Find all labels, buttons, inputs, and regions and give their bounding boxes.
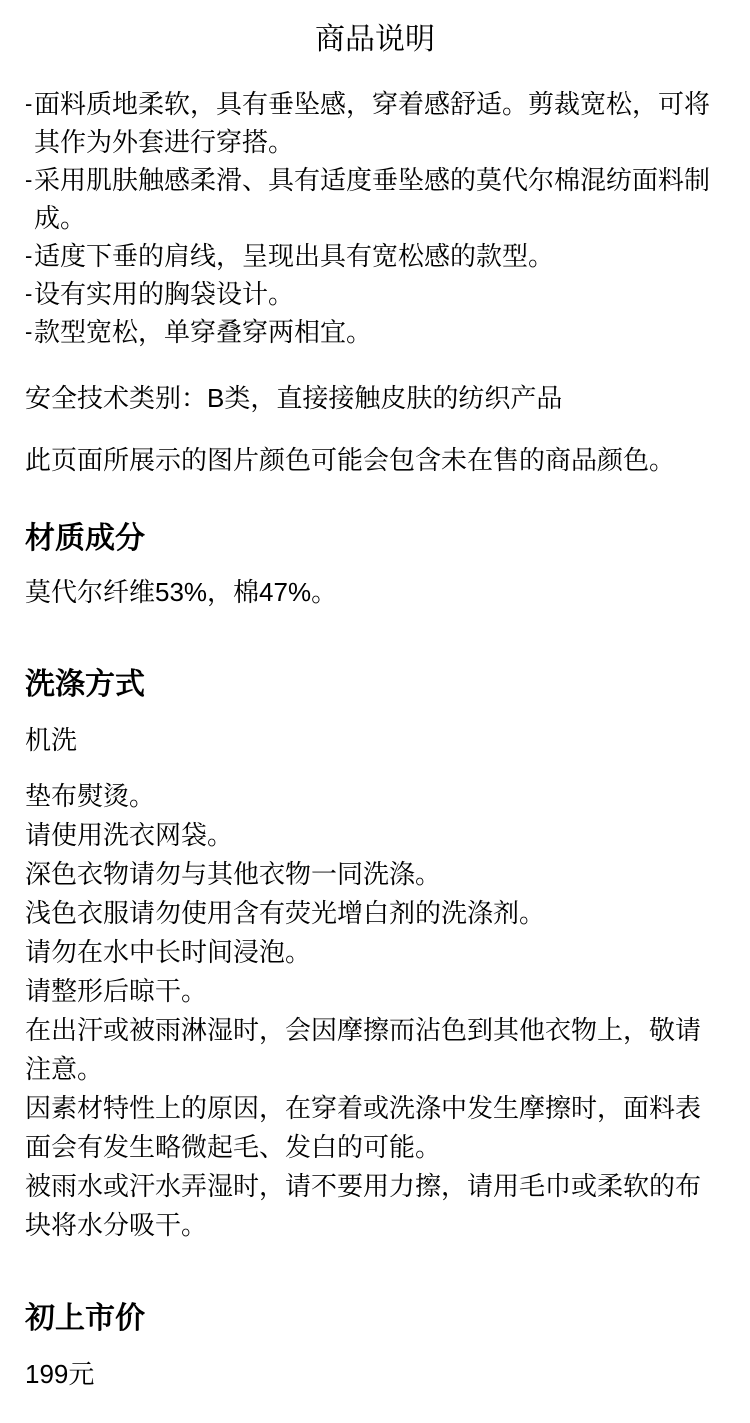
feature-item: - 设有实用的胸袋设计。 (25, 275, 725, 313)
washing-instruction: 被雨水或汗水弄湿时，请不要用力擦，请用毛巾或柔软的布块将水分吸干。 (25, 1167, 725, 1245)
feature-text: 面料质地柔软，具有垂坠感，穿着感舒适。剪裁宽松，可将其作为外套进行穿搭。 (34, 85, 725, 161)
washing-instruction: 请使用洗衣网袋。 (25, 816, 725, 855)
washing-instruction: 浅色衣服请勿使用含有荧光增白剂的洗涤剂。 (25, 894, 725, 933)
bullet-dash: - (25, 237, 34, 275)
washing-instruction: 因素材特性上的原因，在穿着或洗涤中发生摩擦时，面料表面会有发生略微起毛、发白的可… (25, 1089, 725, 1167)
bullet-dash: - (25, 275, 34, 313)
bullet-dash: - (25, 161, 34, 199)
washing-heading: 洗涤方式 (25, 665, 725, 705)
product-description-page: 商品说明 - 面料质地柔软，具有垂坠感，穿着感舒适。剪裁宽松，可将其作为外套进行… (0, 0, 750, 1423)
price-value: 199元 (25, 1355, 725, 1393)
washing-instruction: 在出汗或被雨淋湿时，会因摩擦而沾色到其他衣物上，敬请注意。 (25, 1011, 725, 1089)
feature-item: - 采用肌肤触感柔滑、具有适度垂坠感的莫代尔棉混纺面料制成。 (25, 161, 725, 237)
feature-text: 设有实用的胸袋设计。 (34, 275, 725, 313)
material-content: 莫代尔纤维53%，棉47%。 (25, 573, 725, 611)
safety-category-note: 安全技术类别：B类，直接接触皮肤的纺织产品 (25, 379, 725, 417)
material-heading: 材质成分 (25, 519, 725, 559)
bullet-dash: - (25, 313, 34, 351)
bullet-dash: - (25, 85, 34, 123)
washing-instruction: 请整形后晾干。 (25, 972, 725, 1011)
washing-instruction: 请勿在水中长时间浸泡。 (25, 933, 725, 972)
feature-text: 适度下垂的肩线，呈现出具有宽松感的款型。 (34, 237, 725, 275)
feature-list: - 面料质地柔软，具有垂坠感，穿着感舒适。剪裁宽松，可将其作为外套进行穿搭。 -… (25, 85, 725, 351)
color-availability-note: 此页面所展示的图片颜色可能会包含未在售的商品颜色。 (25, 441, 725, 479)
feature-item: - 款型宽松，单穿叠穿两相宜。 (25, 313, 725, 351)
washing-instruction: 深色衣物请勿与其他衣物一同洗涤。 (25, 855, 725, 894)
washing-instruction: 垫布熨烫。 (25, 777, 725, 816)
feature-text: 采用肌肤触感柔滑、具有适度垂坠感的莫代尔棉混纺面料制成。 (34, 161, 725, 237)
feature-text: 款型宽松，单穿叠穿两相宜。 (34, 313, 725, 351)
page-title: 商品说明 (25, 22, 725, 58)
washing-method: 机洗 (25, 721, 725, 759)
price-heading: 初上市价 (25, 1299, 725, 1339)
washing-instruction-list: 垫布熨烫。请使用洗衣网袋。深色衣物请勿与其他衣物一同洗涤。浅色衣服请勿使用含有荧… (25, 777, 725, 1245)
feature-item: - 面料质地柔软，具有垂坠感，穿着感舒适。剪裁宽松，可将其作为外套进行穿搭。 (25, 85, 725, 161)
feature-item: - 适度下垂的肩线，呈现出具有宽松感的款型。 (25, 237, 725, 275)
